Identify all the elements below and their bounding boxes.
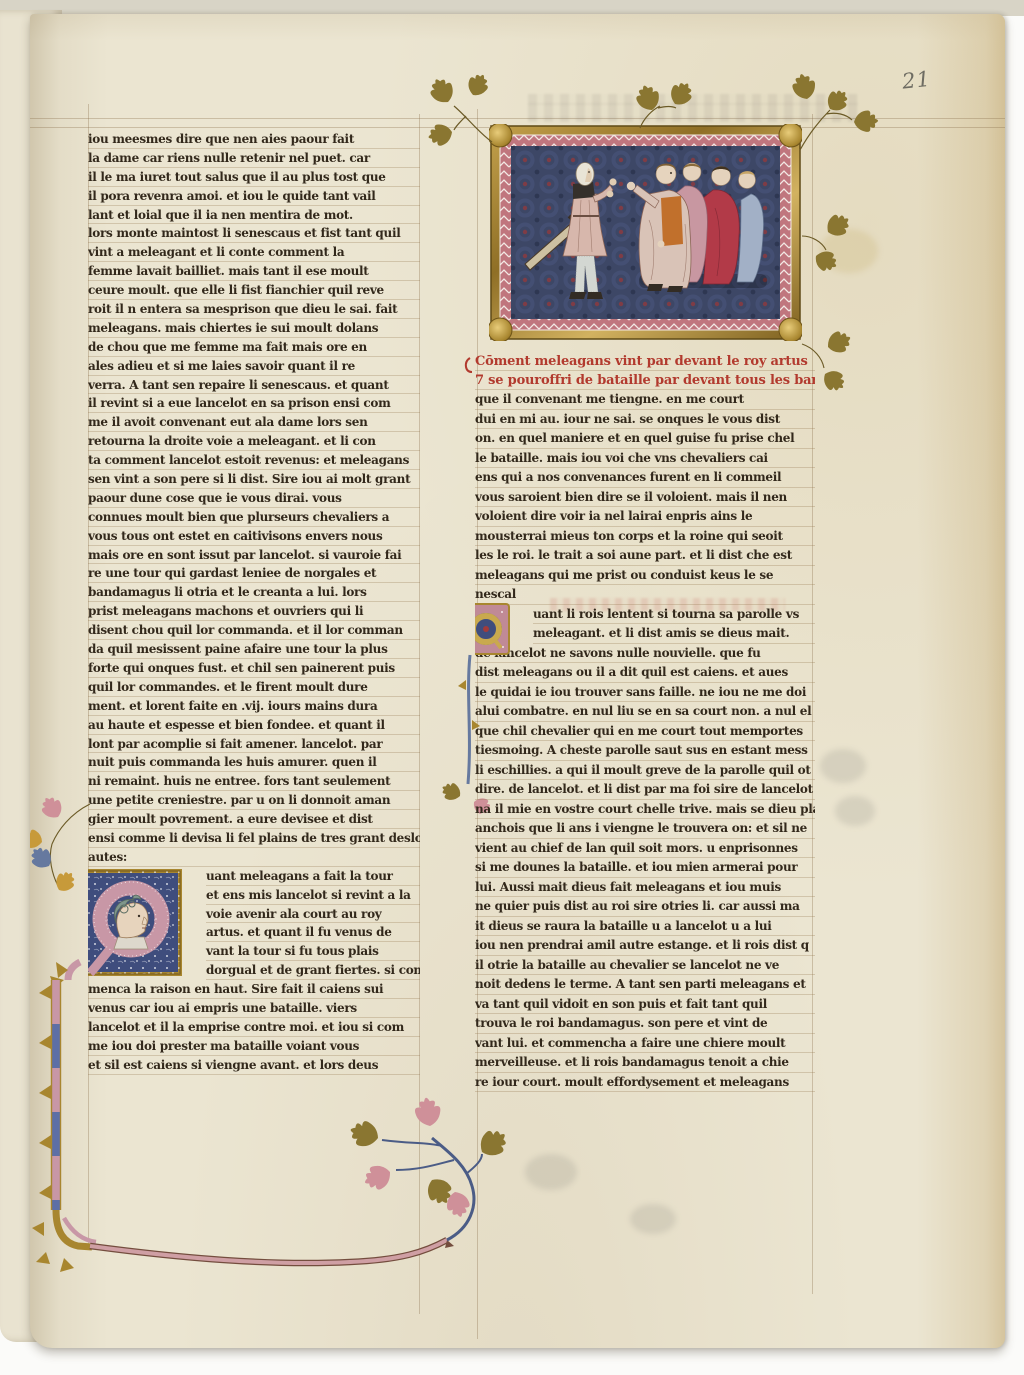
text-line: au haute et espesse et bien fondee. et q… (88, 716, 420, 735)
stain (820, 749, 866, 783)
text-line: lant et loial que il ia nen mentira de m… (88, 206, 420, 225)
manuscript-page: 21 (30, 14, 1005, 1348)
right-text-column: Cōment meleagans vint par devant le roy … (475, 352, 815, 1092)
text-line: paour dune cose que ie vous dirai. vous (88, 489, 420, 508)
text-line: forte qui onques fust. et chil sen paine… (88, 659, 420, 678)
stain (630, 1204, 676, 1234)
text-line: prist meleagans machons et ouvriers qui … (88, 602, 420, 621)
text-line: ales adieu et si me laies savoir quant i… (88, 357, 420, 376)
text-line: il revint si a eue lancelot en sa prison… (88, 394, 420, 413)
text-line: meleagant. et li dist amis se dieus mait… (533, 624, 815, 644)
text-line: me iou doi prester ma bataille voiant vo… (88, 1037, 420, 1056)
right-paragraph-1: que il convenant me tiengne. en me court… (475, 390, 815, 605)
text-line: dui en mi au. iour ne sai. se onques le … (475, 410, 815, 430)
left-paragraph-continue: menca la raison en haut. Sire fait il ca… (88, 980, 420, 1074)
text-line: une petite creniestre. par u on li donno… (88, 791, 420, 810)
text-line: bandamagus li otria et le creanta a lui.… (88, 583, 420, 602)
text-line: ens qui a nos convenances furent en li c… (475, 468, 815, 488)
ivy-sprig-icon (426, 70, 492, 147)
historiated-initial-q (88, 869, 182, 976)
text-line: mousterrai mieus ton corps et la roine q… (475, 527, 815, 547)
text-line: lont par acomplie si fait amener. lancel… (88, 735, 420, 754)
stain (835, 796, 875, 826)
text-line: uant li rois lentent si tourna sa paroll… (533, 605, 815, 625)
text-line: roit il n entera sa mesprison que dieu l… (88, 300, 420, 319)
text-line: noit dedens le terme. A tant sen parti m… (475, 975, 815, 995)
manuscript-photo: 21 (0, 0, 1024, 1375)
text-line: dorgual et de grant fiertes. si com (206, 961, 420, 980)
text-line: ta comment lancelot estoit revenus: et m… (88, 451, 420, 470)
folio-number: 21 (901, 62, 973, 93)
text-line: na il mie en vostre court chelle trive. … (475, 800, 815, 820)
corner-boss (489, 124, 512, 147)
text-line: ensi comme li devisa li fel plains de tr… (88, 829, 420, 848)
text-line: menca la raison en haut. Sire fait il ca… (88, 980, 420, 999)
text-line: gier moult povrement. a eure devisee et … (88, 810, 420, 829)
text-line: connues moult bien que plurseurs chevali… (88, 508, 420, 527)
text-line: de chou que me femme ma fait mais ore en (88, 338, 420, 357)
text-line: dist meleagans ou il a dit quil est caie… (475, 663, 815, 683)
text-line: lui. Aussi mait dieus fait meleagans et … (475, 878, 815, 898)
text-line: trouva le roi bandamagus. son pere et vi… (475, 1014, 815, 1034)
text-line: ne quier puis dist au roi sire otries li… (475, 897, 815, 917)
rubric-line: 7 se pouroffri de bataille par devant to… (475, 371, 815, 390)
text-line: il pora revenra amoi. et iou le quide ta… (88, 187, 420, 206)
text-line: iou nen prendrai amil autre estange. et … (475, 936, 815, 956)
stain (525, 1154, 577, 1190)
text-line: femme lavait bailliet. mais tant il ese … (88, 262, 420, 281)
text-line: mais ore en sont issut par lancelot. si … (88, 546, 420, 565)
text-line: ment. et lorent faite en .vij. iours mai… (88, 697, 420, 716)
text-line: merveilleuse. et li rois bandamagus teno… (475, 1053, 815, 1073)
text-line: dire. de lancelot. et li dist par ma foi… (475, 780, 815, 800)
text-line: it dieus se raura la bataille u a lancel… (475, 917, 815, 937)
corner-boss (779, 124, 802, 147)
initial-bar-extension (32, 962, 96, 1272)
text-line: re une tour qui gardast leniee de norgal… (88, 564, 420, 583)
text-line: si me dounes la bataille. et iou mien ar… (475, 858, 815, 878)
text-line: vant lui. et commencha a faire une chier… (475, 1034, 815, 1054)
text-line: nuit puis commanda les huis amurer. quen… (88, 753, 420, 772)
text-line: verra. A tant sen repaire li senescaus. … (88, 376, 420, 395)
left-text-column: iou meesmes dire que nen aies paour fait… (88, 130, 420, 1075)
ivy-cluster-icon (347, 1097, 513, 1240)
text-line: tiesmoing. A cheste parolle saut sus en … (475, 741, 815, 761)
text-line: sen vint a son pere si li dist. Sire iou… (88, 470, 420, 489)
text-line: ceure moult. que elle li fist fianchier … (88, 281, 420, 300)
text-line: autes: (88, 848, 420, 867)
text-line: anchois que li ans i viengne le trouvera… (475, 819, 815, 839)
text-line: le quidai ie iou trouver sans faille. ne… (475, 683, 815, 703)
text-line: le bataille. mais iou voi che vns cheval… (475, 449, 815, 469)
text-line: et sil est caiens si viengne avant. et l… (88, 1056, 420, 1075)
text-line: que il convenant me tiengne. en me court (475, 390, 815, 410)
text-line: me il avoit convenant eut ala dame lors … (88, 413, 420, 432)
miniature-court-scene (489, 124, 802, 341)
text-line: va tant quil vidoit en son puis et fait … (475, 995, 815, 1015)
text-line: que chil chevalier qui en me court tout … (475, 722, 815, 742)
text-line: voloient dire voir ia nel lairai enpris … (475, 507, 815, 527)
text-line: vous tous ont estet en caitivisons enver… (88, 527, 420, 546)
text-line: nescal (475, 585, 815, 605)
decorated-initial-q (475, 603, 510, 655)
stain (820, 229, 878, 273)
text-line: artus. et quant il fu venus de (206, 923, 420, 942)
text-line: il otrie la bataille au chevalier se lan… (475, 956, 815, 976)
text-line: iou meesmes dire que nen aies paour fait (88, 130, 420, 149)
right-paragraph-continue: de lancelot ne savons nulle nouvielle. q… (475, 644, 815, 1093)
text-line: vint a meleagant et li conte comment la (88, 243, 420, 262)
text-line: la dame car riens nulle retenir nel puet… (88, 149, 420, 168)
text-line: re iour court. moult effordysement et me… (475, 1073, 815, 1093)
text-line: meleagans. mais chiertes ie sui moult do… (88, 319, 420, 338)
left-paragraphs: iou meesmes dire que nen aies paour fait… (88, 130, 420, 867)
text-line: il le ma iuret tout salus que il au plus… (88, 168, 420, 187)
text-line: voie avenir ala court au roy (206, 905, 420, 924)
right-initial-paragraph: uant li rois lentent si tourna sa paroll… (475, 605, 815, 644)
ruling-line-horizontal (30, 118, 1005, 119)
text-line: vous saroient bien dire se il voloient. … (475, 488, 815, 508)
text-line: uant meleagans a fait la tour (206, 867, 420, 886)
text-line: meleagans qui me prist ou conduist keus … (475, 566, 815, 586)
text-line: on. en quel maniere et en quel guise fu … (475, 429, 815, 449)
text-line: vient au chief de lan quil soit mors. u … (475, 839, 815, 859)
text-line: disent chou quil lor commanda. et il lor… (88, 621, 420, 640)
text-line: quil lor commandes. et le firent moult d… (88, 678, 420, 697)
text-line: les le roi. le trait a soi aune part. et… (475, 546, 815, 566)
text-line: de lancelot ne savons nulle nouvielle. q… (475, 644, 815, 664)
bottom-vine-stem (90, 1240, 454, 1263)
corner-boss (779, 318, 802, 341)
text-line: li eschillies. a qui il moult greve de l… (475, 761, 815, 781)
rubric-line: Cōment meleagans vint par devant le roy … (475, 352, 815, 371)
offset-text-bleed (528, 94, 858, 122)
corner-boss (489, 318, 512, 341)
paraph-mark (466, 358, 472, 372)
text-line: et ens mis lancelot si revint a la (206, 886, 420, 905)
text-line: da quil mesissent paine afaire une tour … (88, 640, 420, 659)
text-line: alui combatre. en nul liu se en sa court… (475, 702, 815, 722)
text-line: ni remaint. huis ne entree. fors tant se… (88, 772, 420, 791)
text-line: lors monte maintost li senescaus et fist… (88, 224, 420, 243)
text-line: retourna la droite voie a meleagant. et … (88, 432, 420, 451)
text-line: lancelot et il la emprise contre moi. et… (88, 1018, 420, 1037)
ivy-sprig-icon (30, 793, 90, 896)
text-line: venus car iou ai empris une bataille. vi… (88, 999, 420, 1018)
text-line: vant la tour si fu tous plais (206, 942, 420, 961)
